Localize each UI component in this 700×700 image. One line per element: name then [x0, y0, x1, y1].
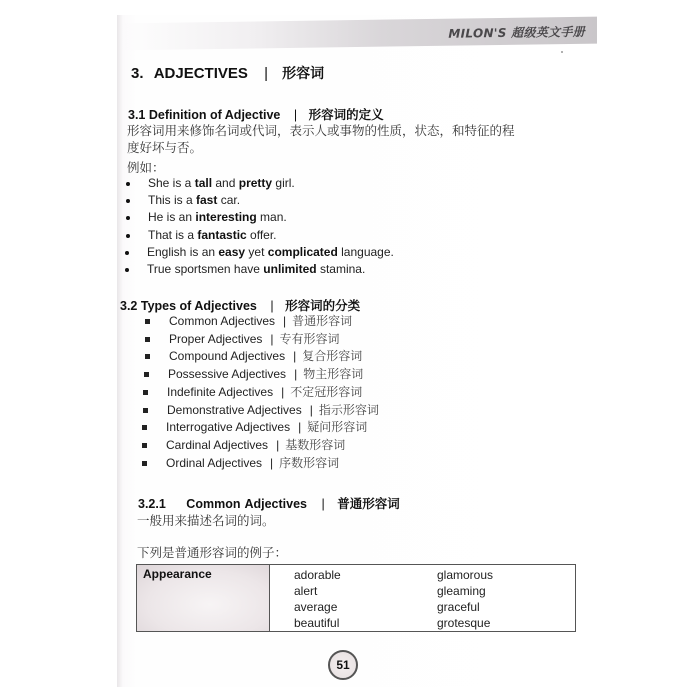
type-name-en: Interrogative Adjectives [166, 420, 290, 434]
common-adjectives-description: 一般用来描述名词的词。 [137, 512, 275, 529]
example-sentence: English is an easy yet complicated langu… [123, 244, 394, 261]
print-speck [561, 51, 563, 53]
adjective-examples-table: Appearance adorablealertaveragebeautiful… [136, 564, 576, 632]
separator: | [270, 456, 273, 470]
adjective-type-item: Possessive Adjectives|物主形容词 [142, 366, 379, 384]
type-name-cn: 专有形容词 [280, 332, 340, 346]
definition-line-2: 度好坏与否。 [127, 139, 515, 156]
sentence-text: stamina. [317, 262, 366, 276]
example-sentences-list: She is a tall and pretty girl.This is a … [124, 175, 394, 278]
table-word: gleaming [437, 583, 493, 599]
definition-text: 形容词用来修饰名词或代词，表示人或事物的性质，状态，和特征的程 度好坏与否。 [127, 122, 515, 156]
table-category-cell: Appearance [137, 565, 270, 631]
section-title-cn: 普通形容词 [337, 496, 400, 511]
adjective-highlight: pretty [239, 176, 272, 190]
section-number: 3.2.1 [138, 497, 166, 511]
table-column-1: adorablealertaveragebeautiful [294, 565, 434, 631]
adjective-highlight: interesting [195, 210, 256, 224]
type-name-en: Indefinite Adjectives [167, 385, 273, 399]
type-name-en: Demonstrative Adjectives [167, 403, 302, 417]
sentence-text: girl. [272, 176, 295, 190]
square-bullet-icon [143, 390, 148, 395]
chapter-heading: 3. ADJECTIVES | 形容词 [131, 63, 324, 83]
section-number: 3.1 [128, 108, 145, 122]
bullet-icon [126, 234, 130, 238]
square-bullet-icon [143, 408, 148, 413]
adjective-highlight: easy [218, 245, 245, 259]
type-name-cn: 基数形容词 [285, 438, 345, 452]
separator: | [298, 420, 301, 434]
sentence-text: car. [217, 193, 240, 207]
separator: | [294, 367, 297, 381]
adjective-type-item: Ordinal Adjectives|序数形容词 [140, 455, 379, 473]
definition-line-1: 形容词用来修饰名词或代词，表示人或事物的性质，状态，和特征的程 [127, 122, 515, 139]
page-number: 51 [328, 650, 358, 680]
sentence-text: She is a [148, 176, 195, 190]
type-name-cn: 指示形容词 [319, 403, 379, 417]
type-name-en: Compound Adjectives [169, 349, 285, 363]
type-name-cn: 序数形容词 [279, 456, 339, 470]
heading-separator: | [264, 65, 268, 82]
type-name-cn: 复合形容词 [302, 349, 362, 363]
book-title: MILON'S 超级英文手册 [448, 23, 585, 42]
adjective-type-item: Indefinite Adjectives|不定冠形容词 [141, 384, 379, 402]
sentence-text: man. [257, 210, 287, 224]
separator: | [281, 385, 284, 399]
table-word: beautiful [294, 615, 434, 631]
square-bullet-icon [145, 319, 150, 324]
table-word: alert [294, 583, 434, 599]
bullet-icon [125, 251, 129, 255]
separator: | [283, 314, 286, 328]
adjective-type-item: Demonstrative Adjectives|指示形容词 [141, 402, 379, 420]
sentence-text: language. [338, 245, 394, 259]
sentence-text: English is an [147, 245, 218, 259]
bullet-icon [126, 216, 130, 220]
section-3-2-heading: 3.2 Types of Adjectives | 形容词的分类 [120, 296, 360, 314]
adjective-highlight: unlimited [263, 262, 316, 276]
adjective-highlight: complicated [268, 245, 338, 259]
heading-separator: | [294, 108, 297, 122]
bullet-icon [126, 199, 130, 203]
type-name-en: Proper Adjectives [169, 332, 262, 346]
sentence-text: True sportsmen have [147, 262, 263, 276]
type-name-en: Ordinal Adjectives [166, 456, 262, 470]
sentence-text: and [212, 176, 239, 190]
table-word: average [294, 599, 434, 615]
separator: | [293, 349, 296, 363]
table-word: adorable [294, 567, 434, 583]
type-name-cn: 普通形容词 [292, 314, 352, 328]
section-title-en: Common Adjectives [186, 497, 307, 511]
section-title-cn: 形容词的定义 [309, 107, 384, 122]
section-title-cn: 形容词的分类 [285, 298, 360, 313]
heading-separator: | [270, 299, 273, 313]
adjective-type-item: Interrogative Adjectives|疑问形容词 [140, 419, 379, 437]
section-title-en: Types of Adjectives [141, 299, 257, 313]
square-bullet-icon [145, 354, 150, 359]
adjective-highlight: fantastic [197, 228, 246, 242]
square-bullet-icon [142, 461, 147, 466]
bullet-icon [126, 182, 130, 186]
heading-separator: | [321, 497, 324, 511]
section-3-1-heading: 3.1 Definition of Adjective | 形容词的定义 [128, 105, 384, 123]
type-name-cn: 物主形容词 [303, 367, 363, 381]
example-sentence: He is an interesting man. [124, 209, 394, 226]
sentence-text: yet [245, 245, 268, 259]
sentence-text: This is a [148, 193, 196, 207]
square-bullet-icon [142, 443, 147, 448]
example-sentence: This is a fast car. [124, 192, 394, 209]
section-title-en: Definition of Adjective [149, 108, 281, 122]
sentence-text: That is a [148, 228, 197, 242]
examples-intro: 下列是普通形容词的例子： [137, 544, 287, 561]
table-word: graceful [437, 599, 493, 615]
adjective-types-list: Common Adjectives|普通形容词Proper Adjectives… [143, 313, 379, 472]
type-name-en: Common Adjectives [169, 314, 275, 328]
section-number: 3.2 [120, 299, 137, 313]
bullet-icon [125, 268, 129, 272]
type-name-en: Cardinal Adjectives [166, 438, 268, 452]
square-bullet-icon [142, 425, 147, 430]
example-sentence: That is a fantastic offer. [124, 227, 394, 244]
type-name-cn: 疑问形容词 [307, 420, 367, 434]
type-name-en: Possessive Adjectives [168, 367, 286, 381]
table-column-2: glamorousgleaminggracefulgrotesque [437, 565, 493, 631]
adjective-type-item: Proper Adjectives|专有形容词 [143, 331, 379, 349]
section-3-2-1-heading: 3.2.1 Common Adjectives | 普通形容词 [138, 494, 400, 512]
adjective-type-item: Common Adjectives|普通形容词 [143, 313, 379, 331]
sentence-text: He is an [148, 210, 195, 224]
chapter-title-en: ADJECTIVES [154, 65, 248, 82]
separator: | [310, 403, 313, 417]
example-sentence: She is a tall and pretty girl. [124, 175, 394, 192]
adjective-type-item: Cardinal Adjectives|基数形容词 [140, 437, 379, 455]
adjective-highlight: fast [196, 193, 217, 207]
type-name-cn: 不定冠形容词 [290, 385, 362, 399]
square-bullet-icon [145, 337, 150, 342]
square-bullet-icon [144, 372, 149, 377]
chapter-title-cn: 形容词 [282, 66, 324, 82]
separator: | [276, 438, 279, 452]
chapter-number: 3. [131, 65, 144, 82]
examples-label: 例如： [127, 159, 165, 176]
example-sentence: True sportsmen have unlimited stamina. [123, 261, 394, 278]
table-word: grotesque [437, 615, 493, 631]
adjective-highlight: tall [195, 176, 212, 190]
sentence-text: offer. [247, 228, 277, 242]
separator: | [270, 332, 273, 346]
table-word: glamorous [437, 567, 493, 583]
adjective-type-item: Compound Adjectives|复合形容词 [143, 348, 379, 366]
